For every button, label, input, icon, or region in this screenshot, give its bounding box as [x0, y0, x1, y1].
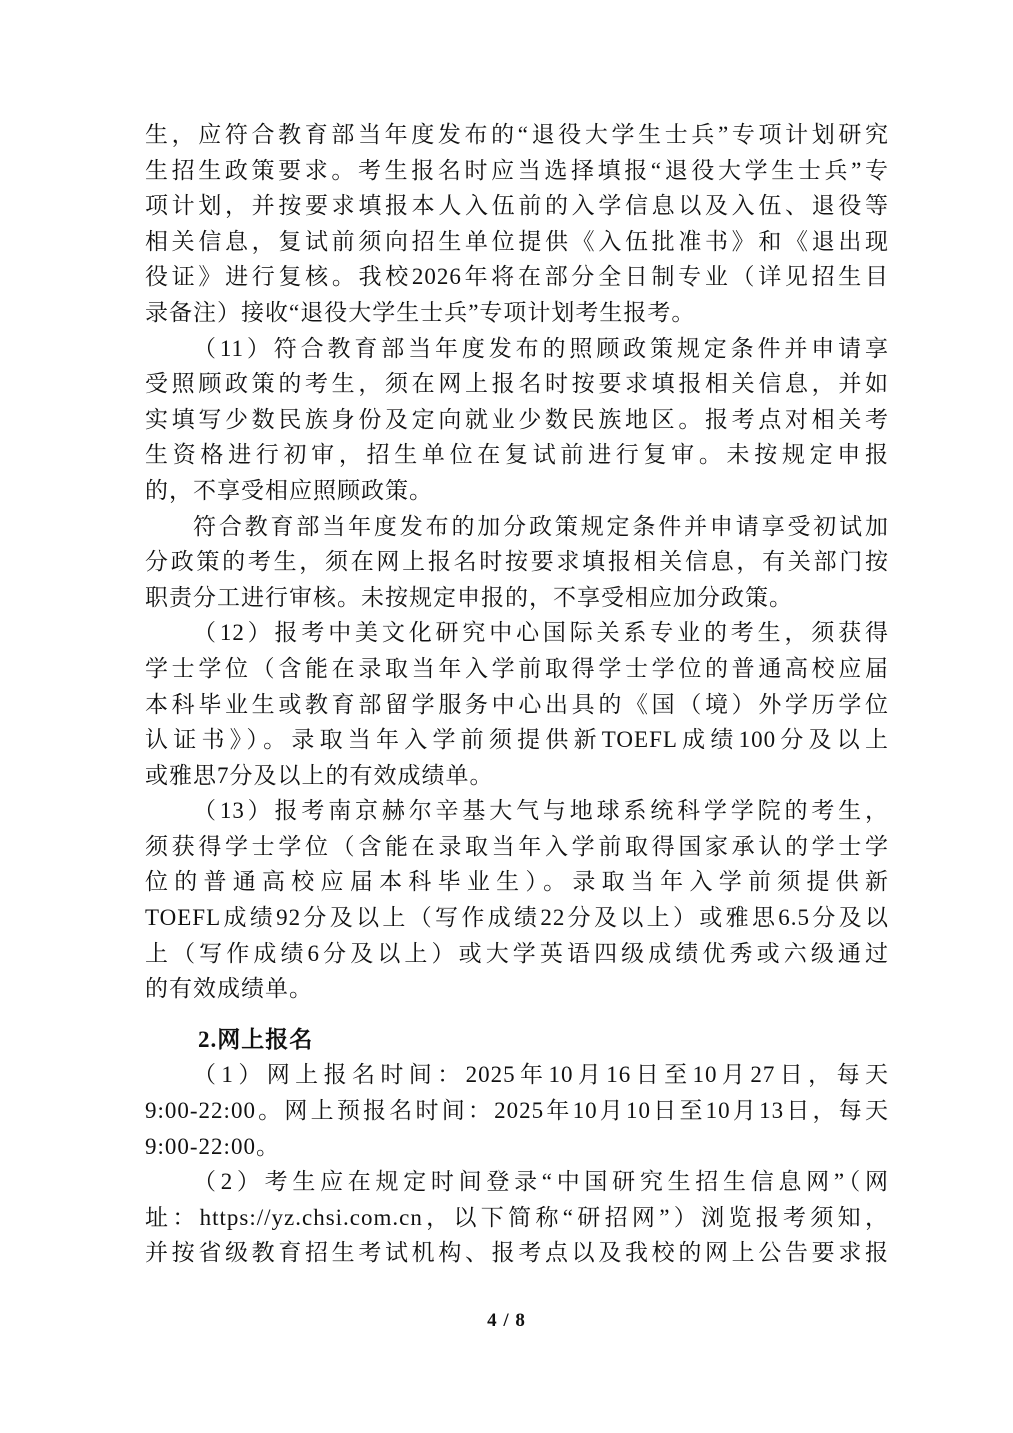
para-veterans-plan-continued: 生，应符合教育部当年度发布的“退役大学生士兵”专项计划研究生招生政策要求。考生报… [145, 117, 889, 331]
para-bonus-points-policy: 符合教育部当年度发布的加分政策规定条件并申请享受初试加分政策的考生，须在网上报名… [145, 509, 889, 616]
text-line: 并按省级教育招生考试机构、报考点以及我校的网上公告要求报 [145, 1235, 889, 1271]
text-line: 生招生政策要求。考生报名时应当选择填报“退役大学生士兵”专 [145, 153, 889, 189]
heading-online-registration: 2.网上报名 [145, 1022, 889, 1058]
text-line: （1）网上报名时间：2025年10月16日至10月27日，每天 [145, 1057, 889, 1093]
para-2-registration-website: （2）考生应在规定时间登录“中国研究生招生信息网”（网址：https://yz.… [145, 1164, 889, 1271]
text-line: 9:00-22:00。网上预报名时间：2025年10月10日至10月13日，每天 [145, 1093, 889, 1129]
text-line: 学士学位（含能在录取当年入学前取得学士学位的普通高校应届 [145, 651, 889, 687]
text-line: （12）报考中美文化研究中心国际关系专业的考生，须获得 [145, 615, 889, 651]
text-line: 生资格进行初审，招生单位在复试前进行复审。未按规定申报 [145, 437, 889, 473]
text-line: 的，不享受相应照顾政策。 [145, 473, 889, 509]
text-line: 位的普通高校应届本科毕业生）。录取当年入学前须提供新 [145, 864, 889, 900]
text-line: 生，应符合教育部当年度发布的“退役大学生士兵”专项计划研究 [145, 117, 889, 153]
text-line: （13）报考南京赫尔辛基大气与地球系统科学学院的考生， [145, 793, 889, 829]
page-number: 4 / 8 [0, 1310, 1013, 1332]
text-line: 本科毕业生或教育部留学服务中心出具的《国（境）外学历学位 [145, 687, 889, 723]
para-1-registration-time: （1）网上报名时间：2025年10月16日至10月27日，每天9:00-22:0… [145, 1057, 889, 1164]
text-line: TOEFL成绩92分及以上（写作成绩22分及以上）或雅思6.5分及以 [145, 900, 889, 936]
text-line: （11）符合教育部当年度发布的照顾政策规定条件并申请享 [145, 331, 889, 367]
text-line: 符合教育部当年度发布的加分政策规定条件并申请享受初试加 [145, 509, 889, 545]
text-line: 9:00-22:00。 [145, 1129, 889, 1165]
text-line: 认证书》）。录取当年入学前须提供新TOEFL成绩100分及以上 [145, 722, 889, 758]
text-line: 的有效成绩单。 [145, 971, 889, 1007]
text-line: 项计划，并按要求填报本人入伍前的入学信息以及入伍、退役等 [145, 188, 889, 224]
text-line: 相关信息，复试前须向招生单位提供《入伍批准书》和《退出现 [145, 224, 889, 260]
text-line: 或雅思7分及以上的有效成绩单。 [145, 758, 889, 794]
text-line: 役证》进行复核。我校2026年将在部分全日制专业（详见招生目 [145, 259, 889, 295]
text-line: 实填写少数民族身份及定向就业少数民族地区。报考点对相关考 [145, 402, 889, 438]
text-line: 受照顾政策的考生，须在网上报名时按要求填报相关信息，并如 [145, 366, 889, 402]
text-line: （2）考生应在规定时间登录“中国研究生招生信息网”（网 [145, 1164, 889, 1200]
para-13-helsinki-institute: （13）报考南京赫尔辛基大气与地球系统科学学院的考生，须获得学士学位（含能在录取… [145, 793, 889, 1007]
text-line: 分政策的考生，须在网上报名时按要求填报相关信息，有关部门按 [145, 544, 889, 580]
text-line: 上（写作成绩6分及以上）或大学英语四级成绩优秀或六级通过 [145, 936, 889, 972]
text-line: 址：https://yz.chsi.com.cn，以下简称“研招网”）浏览报考须… [145, 1200, 889, 1236]
document-page: 生，应符合教育部当年度发布的“退役大学生士兵”专项计划研究生招生政策要求。考生报… [0, 0, 1013, 1433]
text-line: 录备注）接收“退役大学生士兵”专项计划考生报考。 [145, 295, 889, 331]
document-body: 生，应符合教育部当年度发布的“退役大学生士兵”专项计划研究生招生政策要求。考生报… [145, 117, 889, 1271]
para-11-preferential-policy: （11）符合教育部当年度发布的照顾政策规定条件并申请享受照顾政策的考生，须在网上… [145, 331, 889, 509]
section-heading: 2.网上报名 [145, 1022, 889, 1058]
text-line: 须获得学士学位（含能在录取当年入学前取得国家承认的学士学 [145, 829, 889, 865]
text-line: 职责分工进行审核。未按规定申报的，不享受相应加分政策。 [145, 580, 889, 616]
para-12-hnc-international-relations: （12）报考中美文化研究中心国际关系专业的考生，须获得学士学位（含能在录取当年入… [145, 615, 889, 793]
